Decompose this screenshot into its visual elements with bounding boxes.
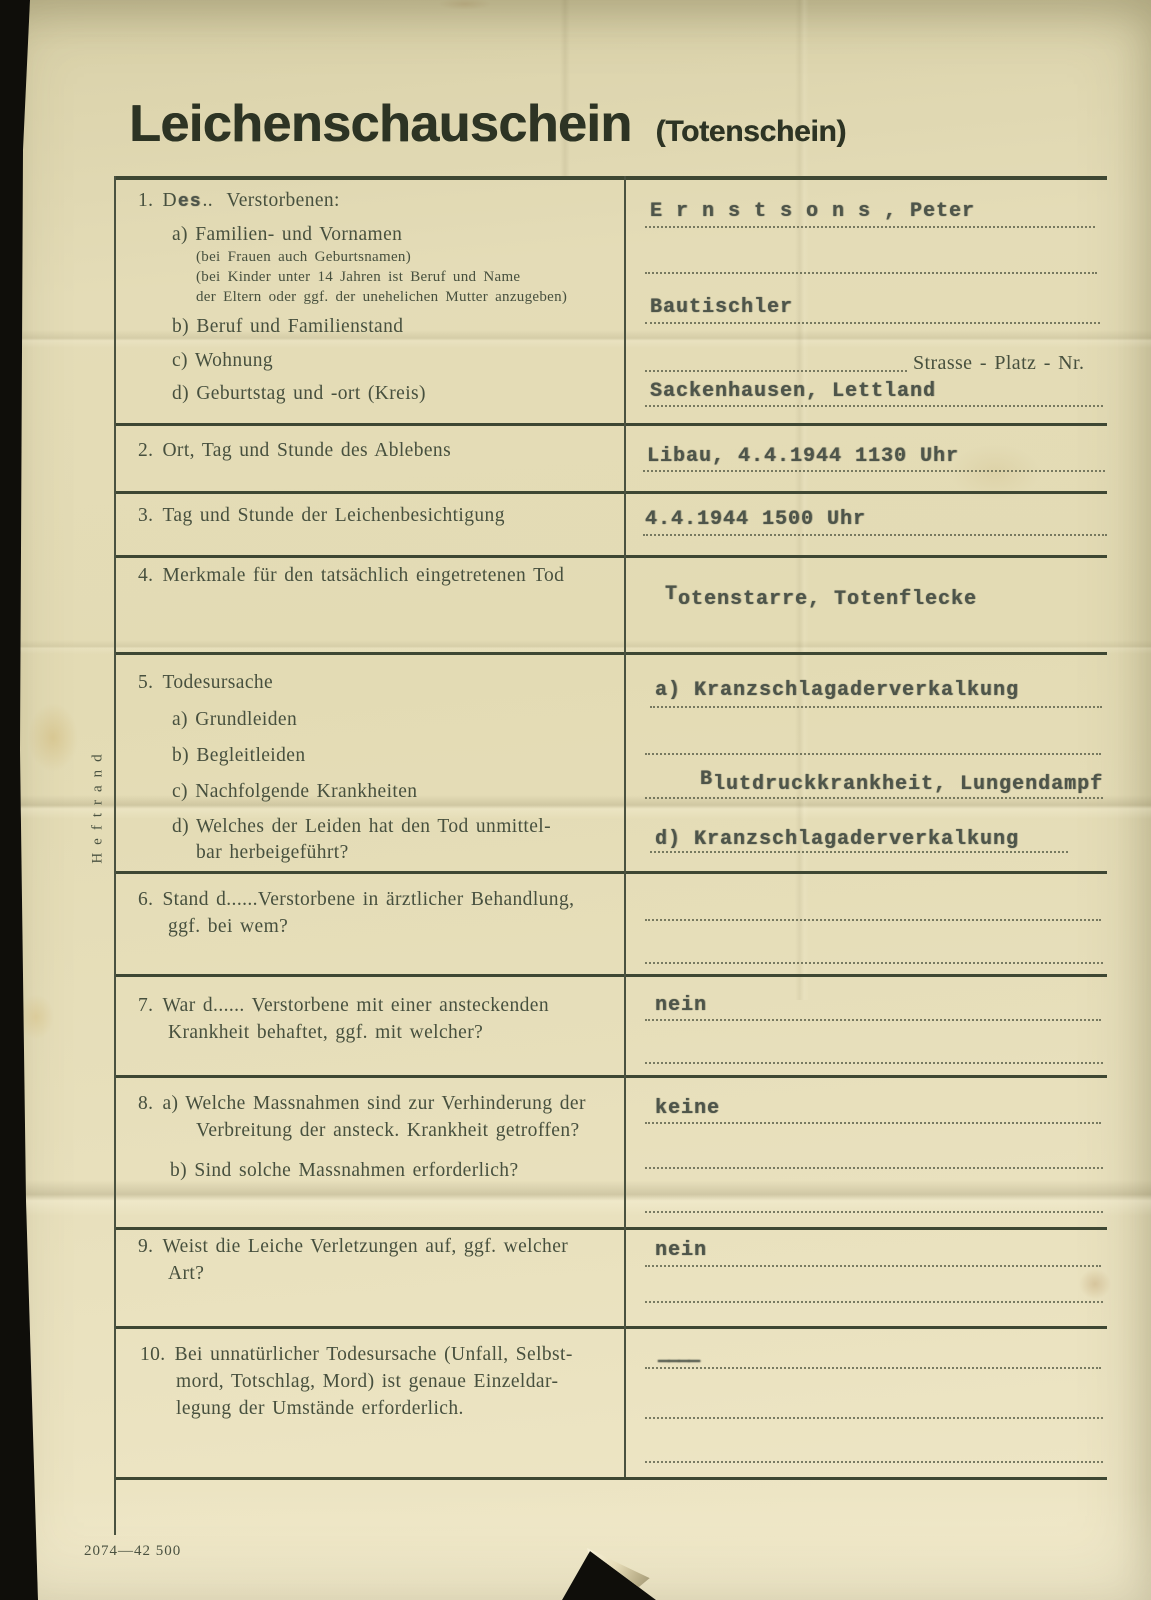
section-1-label: Verstorbenen: [226,190,340,211]
item-1a-label: a) Familien- und Vornamen [172,224,402,246]
item-1c-label: c) Wohnung [172,350,273,372]
section-2-label: 2.Ort, Tag und Stunde des Ablebens [138,440,451,462]
section-number: 1. [138,190,153,211]
form-title: Leichenschauschein [129,94,632,154]
section-1-dots: .. [203,190,214,211]
label-text: Merkmale für den tatsächlich eingetreten… [162,565,564,586]
entry-besichtigung: 4.4.1944 1500 Uhr [645,510,866,530]
entry-name: E r n s t s o n s , Peter [650,202,975,222]
row-rule [114,555,1107,558]
row-rule [114,974,1107,977]
section-number: 6. [138,889,153,910]
entry-krankheiten-initial: B [700,768,713,791]
dotted-line [643,470,1105,472]
row-rule [114,491,1107,494]
section-number: 2. [138,440,153,461]
section-number: 9. [138,1236,153,1257]
print-code: 2074—42 500 [84,1543,181,1560]
dotted-line [643,534,1107,536]
entry-wohnung: Sackenhausen, Lettland [650,382,936,402]
paper-stain [18,690,88,785]
form-title-block: Leichenschauschein (Totenschein) [129,94,846,154]
section-9-label2: Art? [168,1263,204,1285]
dotted-line [645,322,1100,324]
dotted-line [645,1461,1103,1463]
section-8b-label: b) Sind solche Massnahmen erforderlich? [170,1160,519,1182]
entry-merkmale-rest: otenstarre, Totenflecke [678,588,977,611]
paper-stain [10,985,62,1049]
section-number: 3. [138,505,153,526]
dotted-line [645,1211,1103,1213]
section-number: 5. [138,672,153,693]
dotted-line [645,1019,1101,1021]
entry-massnahmen: keine [655,1099,720,1119]
section-8a-label: 8.a) Welche Massnahmen sind zur Verhinde… [138,1093,586,1115]
section-5-label: 5.Todesursache [138,672,273,694]
dotted-line [645,370,907,372]
entry-ableben: Libau, 4.4.1944 1130 Uhr [647,447,959,467]
dotted-line [645,919,1101,921]
section-3-label: 3.Tag und Stunde der Leichenbesichtigung [138,505,505,527]
heftrand-label: Heftrand [90,746,107,863]
label-text: Weist die Leiche Verletzungen auf, ggf. … [162,1236,568,1257]
section-1-heading: 1.Des.. Verstorbenen: [138,190,340,212]
entry-unnatuerlich: ———— [658,1352,698,1372]
row-rule [114,1075,1107,1078]
row-rule [114,652,1107,655]
dotted-line [645,753,1101,755]
entry-unmittelbar: d) Kranzschlagaderverkalkung [655,830,1019,850]
dotted-line [645,1301,1103,1303]
dotted-line [645,405,1103,407]
entry-merkmale: Totenstarre, Totenflecke [665,590,977,610]
entry-krankheiten: Blutdruckkrankheit, Lungendampf [700,775,1103,795]
dotted-line [645,1367,1101,1369]
label-text: a) Welche Massnahmen sind zur Verhinderu… [162,1093,585,1114]
dotted-line [645,1167,1103,1169]
entry-beruf: Bautischler [650,298,793,318]
row-rule [114,423,1107,426]
entry-verletzungen: nein [655,1241,707,1261]
section-9-label: 9.Weist die Leiche Verletzungen auf, ggf… [138,1236,568,1258]
section-10-label: 10.Bei unnatürlicher Todesursache (Unfal… [140,1344,573,1366]
dotted-line [645,1265,1101,1267]
item-5c-label: c) Nachfolgende Krankheiten [172,781,417,803]
item-5d-label2: bar herbeigeführt? [196,842,349,864]
section-10-label3: legung der Umstände erforderlich. [176,1398,464,1420]
entry-grundleiden: a) Kranzschlagaderverkalkung [655,681,1019,701]
torn-corner-flap [585,1548,651,1600]
dotted-line [645,1122,1101,1124]
title-rule [114,176,1107,180]
item-1a-note: (bei Frauen auch Geburtsnamen) [196,249,411,266]
section-1-label-part: D [162,190,176,211]
section-8a-label2: Verbreitung der ansteck. Krankheit getro… [196,1120,580,1142]
document-sheet: Leichenschauschein (Totenschein) Heftran… [0,0,1151,1600]
row-rule [114,1326,1107,1329]
column-divider [624,176,626,1477]
item-1d-label: d) Geburtstag und -ort (Kreis) [172,383,426,405]
label-text: War d...... Verstorbene mit einer anstec… [162,995,549,1016]
dotted-line [650,706,1102,708]
label-text: Bei unnatürlicher Todesursache (Unfall, … [175,1344,573,1365]
paper-stain [430,0,500,12]
filled-article: es [178,192,202,212]
paper-stain [1072,1262,1118,1306]
dotted-line [645,1062,1103,1064]
item-1b-label: b) Beruf und Familienstand [172,316,403,338]
section-10-label2: mord, Totschlag, Mord) ist genaue Einzel… [176,1371,558,1393]
dotted-line [650,851,1068,853]
dotted-line [645,962,1103,964]
label-text: Stand d......Verstorbene in ärztlicher B… [162,889,574,910]
section-number: 10. [140,1344,166,1365]
section-7-label: 7.War d...... Verstorbene mit einer anst… [138,995,549,1017]
row-rule [114,1477,1107,1480]
section-4-label: 4.Merkmale für den tatsächlich eingetret… [138,565,564,587]
item-1a-note: (bei Kinder unter 14 Jahren ist Beruf un… [196,269,520,286]
label-text: Tag und Stunde der Leichenbesichtigung [162,505,504,526]
label-text: Todesursache [162,672,273,693]
section-6-label2: ggf. bei wem? [168,916,288,938]
section-7-label2: Krankheit behaftet, ggf. mit welcher? [168,1022,483,1044]
dotted-line [645,272,1097,274]
dotted-line [645,1417,1103,1419]
label-text: Ort, Tag und Stunde des Ablebens [162,440,451,461]
entry-krankheiten-rest: lutdruckkrankheit, Lungendampf [713,773,1103,796]
section-number: 7. [138,995,153,1016]
entry-ansteckend: nein [655,996,707,1016]
dotted-line [645,226,1095,228]
table-left-border [114,176,116,1535]
item-5b-label: b) Begleitleiden [172,745,305,767]
section-6-label: 6.Stand d......Verstorbene in ärztlicher… [138,889,574,911]
item-5a-label: a) Grundleiden [172,709,297,731]
row-rule [114,1227,1107,1230]
section-number: 8. [138,1093,153,1114]
row-rule [114,871,1107,874]
entry-merkmale-initial: T [665,583,678,606]
form-title-suffix: (Totenschein) [656,115,847,149]
item-5d-label: d) Welches der Leiden hat den Tod unmitt… [172,816,551,838]
dotted-line [645,797,1103,799]
section-number: 4. [138,565,153,586]
street-label: Strasse - Platz - Nr. [913,352,1084,375]
item-1a-note: der Eltern oder ggf. der unehelichen Mut… [196,289,567,306]
